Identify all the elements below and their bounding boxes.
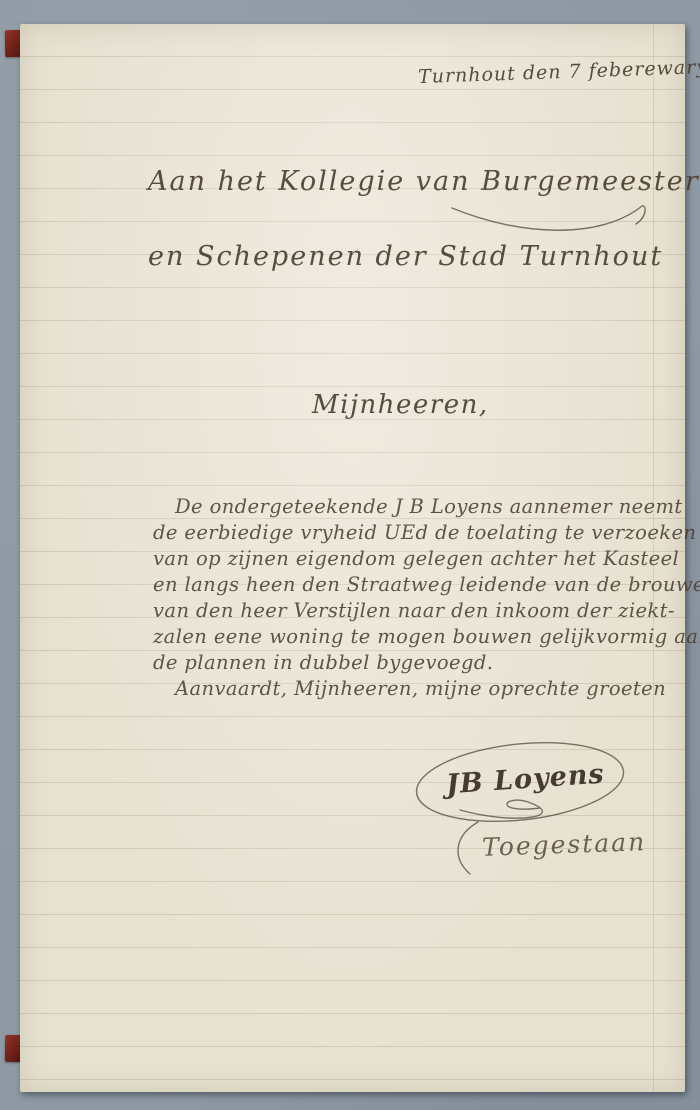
dateline: Turnhout den 7 feberewary 1885 — [418, 54, 700, 88]
letter-body: De ondergeteekende J B Loyens aannemer n… — [153, 494, 693, 702]
annotation-toegestaan: Toegestaan — [482, 827, 647, 862]
body-line: van op zijnen eigendom gelegen achter he… — [153, 546, 693, 572]
body-line: en langs heen den Straatweg leidende van… — [153, 572, 693, 598]
body-line: van den heer Verstijlen naar den inkoom … — [153, 598, 693, 624]
body-line: zalen eene woning te mogen bouwen gelijk… — [153, 624, 693, 650]
scanned-letter-page: { "document": { "dateline": "Turnhout de… — [0, 0, 700, 1110]
body-line: de eerbiedige vryheid UEd de toelating t… — [153, 520, 693, 546]
salutation: Mijnheeren, — [312, 390, 489, 420]
address-line-2: en Schepenen der Stad Turnhout — [148, 241, 663, 272]
address-line-1: Aan het Kollegie van Burgemeester — [148, 166, 700, 197]
closing-line: Aanvaardt, Mijnheeren, mijne oprechte gr… — [153, 676, 693, 702]
annotation-block: Toegestaan — [448, 820, 678, 876]
body-line: de plannen in dubbel bygevoegd. — [153, 650, 693, 676]
body-line: De ondergeteekende J B Loyens aannemer n… — [153, 494, 693, 520]
letter-sheet: Turnhout den 7 feberewary 1885 Aan het K… — [20, 24, 685, 1092]
